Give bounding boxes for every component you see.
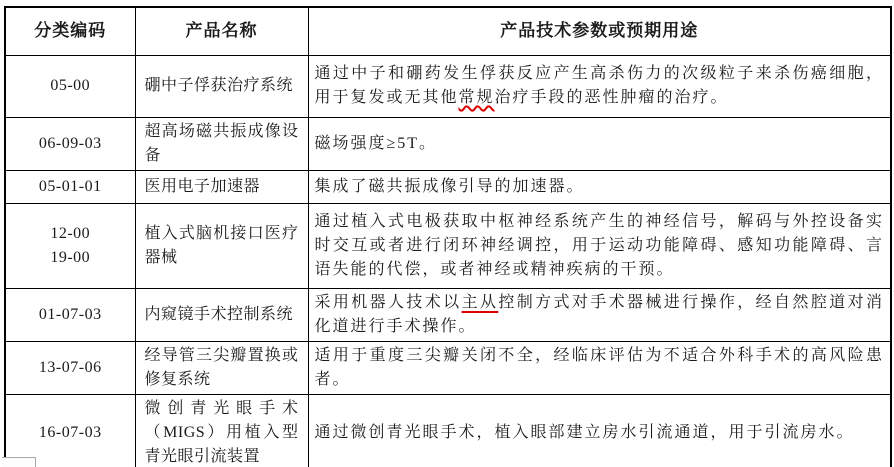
classification-code: 05-00	[7, 74, 134, 98]
product-name-cell: 内窥镜手术控制系统	[135, 288, 308, 341]
classification-code: 12-00	[7, 222, 134, 246]
product-params-cell: 适用于重度三尖瓣关闭不全，经临床评估为不适合外科手术的高风险患者。	[308, 341, 891, 394]
product-name-cell: 植入式脑机接口医疗器械	[135, 203, 308, 288]
classification-code-cell: 05-01-01	[5, 170, 135, 203]
params-text: 采用机器人技术以	[315, 294, 462, 311]
table-row: 06-09-03超高场磁共振成像设备磁场强度≥5T。	[5, 117, 891, 170]
classification-code: 05-01-01	[7, 175, 134, 199]
table-row: 13-07-06经导管三尖瓣置换或修复系统适用于重度三尖瓣关闭不全，经临床评估为…	[5, 341, 891, 394]
proof-marked-text: 常规	[459, 89, 495, 106]
device-classification-table: 分类编码产品名称产品技术参数或预期用途 05-00硼中子俘获治疗系统通过中子和硼…	[4, 6, 892, 467]
header-code: 分类编码	[5, 7, 135, 55]
product-params-cell: 采用机器人技术以主从控制方式对手术器械进行操作，经自然腔道对消化道进行手术操作。	[308, 288, 891, 341]
table-row: 01-07-03内窥镜手术控制系统采用机器人技术以主从控制方式对手术器械进行操作…	[5, 288, 891, 341]
classification-code-cell: 13-07-06	[5, 341, 135, 394]
classification-code-cell: 06-09-03	[5, 117, 135, 170]
classification-code-cell: 12-0019-00	[5, 203, 135, 288]
params-text: 通过微创青光眼手术，植入眼部建立房水引流通道，用于引流房水。	[315, 424, 855, 441]
proof-marked-text: 主从	[462, 294, 499, 311]
classification-code-cell: 01-07-03	[5, 288, 135, 341]
header-name: 产品名称	[135, 7, 308, 55]
table-body: 05-00硼中子俘获治疗系统通过中子和硼药发生俘获反应产生高杀伤力的次级粒子来杀…	[5, 55, 891, 467]
classification-code: 16-07-03	[7, 421, 134, 445]
params-text: 集成了磁共振成像引导的加速器。	[315, 178, 585, 195]
document-page: 分类编码产品名称产品技术参数或预期用途 05-00硼中子俘获治疗系统通过中子和硼…	[0, 0, 894, 467]
product-params-cell: 通过植入式电极获取中枢神经系统产生的神经信号，解码与外控设备实时交互或者进行闭环…	[308, 203, 891, 288]
classification-code-cell: 05-00	[5, 55, 135, 117]
classification-code: 06-09-03	[7, 132, 134, 156]
product-name-cell: 医用电子加速器	[135, 170, 308, 203]
next-table-fragment-artifact	[2, 457, 36, 467]
classification-code: 19-00	[7, 246, 134, 270]
params-text: 磁场强度≥5T。	[315, 135, 438, 152]
table-row: 05-01-01医用电子加速器集成了磁共振成像引导的加速器。	[5, 170, 891, 203]
table-row: 05-00硼中子俘获治疗系统通过中子和硼药发生俘获反应产生高杀伤力的次级粒子来杀…	[5, 55, 891, 117]
product-name-cell: 超高场磁共振成像设备	[135, 117, 308, 170]
classification-code: 01-07-03	[7, 303, 134, 327]
product-name-cell: 微创青光眼手术（MIGS）用植入型青光眼引流装置	[135, 394, 308, 467]
table-header-row: 分类编码产品名称产品技术参数或预期用途	[5, 7, 891, 55]
classification-code: 13-07-06	[7, 356, 134, 380]
product-params-cell: 集成了磁共振成像引导的加速器。	[308, 170, 891, 203]
table-row: 12-0019-00植入式脑机接口医疗器械通过植入式电极获取中枢神经系统产生的神…	[5, 203, 891, 288]
params-text: 适用于重度三尖瓣关闭不全，经临床评估为不适合外科手术的高风险患者。	[315, 347, 885, 388]
product-name-cell: 经导管三尖瓣置换或修复系统	[135, 341, 308, 394]
header-params: 产品技术参数或预期用途	[308, 7, 891, 55]
params-text: 通过植入式电极获取中枢神经系统产生的神经信号，解码与外控设备实时交互或者进行闭环…	[315, 213, 885, 278]
product-params-cell: 通过微创青光眼手术，植入眼部建立房水引流通道，用于引流房水。	[308, 394, 891, 467]
product-name-cell: 硼中子俘获治疗系统	[135, 55, 308, 117]
table-row: 16-07-03微创青光眼手术（MIGS）用植入型青光眼引流装置通过微创青光眼手…	[5, 394, 891, 467]
product-params-cell: 通过中子和硼药发生俘获反应产生高杀伤力的次级粒子来杀伤癌细胞，用于复发或无其他常…	[308, 55, 891, 117]
product-params-cell: 磁场强度≥5T。	[308, 117, 891, 170]
params-text: 治疗手段的恶性肿瘤的治疗。	[495, 89, 729, 106]
